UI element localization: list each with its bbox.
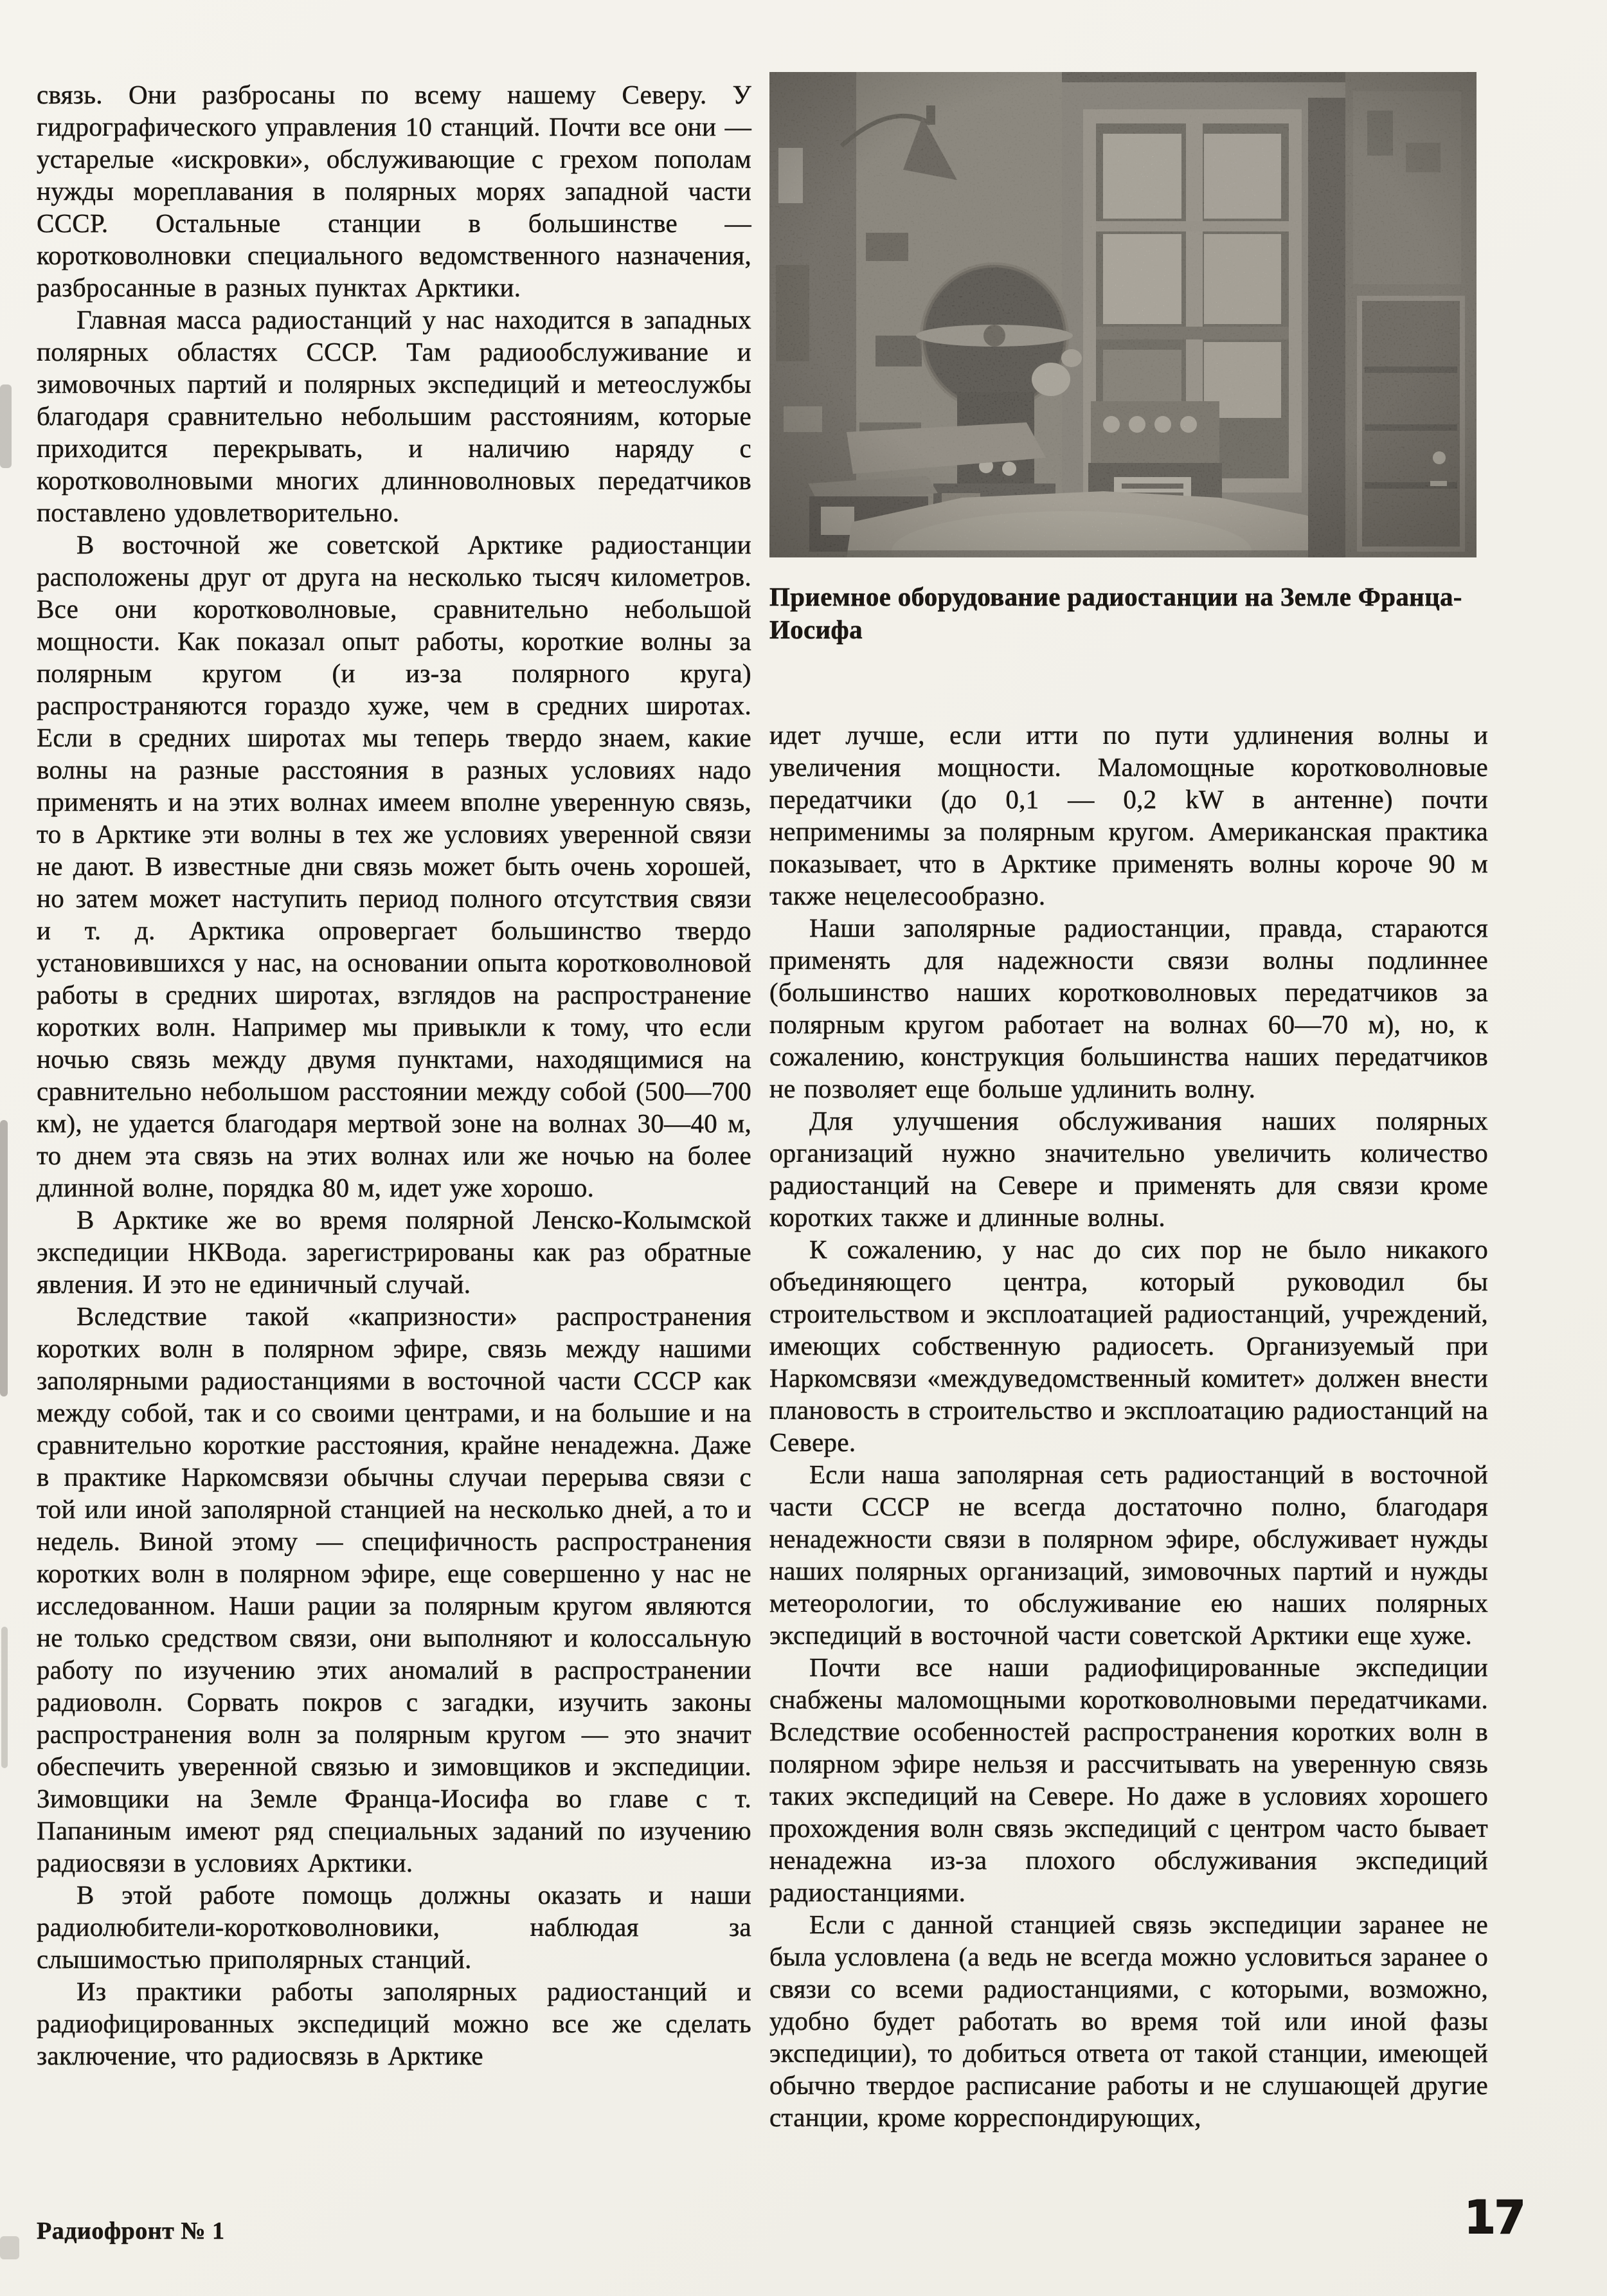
body-paragraph: Наши заполярные радиостанции, правда, ст… <box>769 912 1488 1105</box>
body-paragraph: Из практики работы заполярных радиостанц… <box>37 1975 751 2072</box>
body-paragraph: Если с данной станцией связь экспедиции … <box>769 1908 1488 2133</box>
body-paragraph: В Арктике же во время полярной Ленско-Ко… <box>37 1204 751 1300</box>
radio-room-photo <box>769 72 1477 557</box>
scan-artifact <box>0 2236 19 2259</box>
scan-artifact <box>0 384 12 468</box>
body-paragraph: Если наша заполярная сеть радиостанций в… <box>769 1458 1488 1651</box>
left-column: связь. Они разбросаны по всему нашему Се… <box>37 78 751 2072</box>
magazine-footer: Радиофронт № 1 <box>37 2217 225 2245</box>
body-paragraph: Почти все наши радиофицированные экспеди… <box>769 1651 1488 1908</box>
body-paragraph: Вследствие такой «капризности» распростр… <box>37 1300 751 1879</box>
body-paragraph: Главная масса радиостанций у нас находит… <box>37 303 751 529</box>
body-paragraph: идет лучше, если итти по пути удлинения … <box>769 719 1488 912</box>
body-paragraph: связь. Они разбросаны по всему нашему Се… <box>37 78 751 303</box>
body-paragraph: Для улучшения обслуживания наших полярны… <box>769 1105 1488 1233</box>
body-paragraph: К сожалению, у нас до сих пор не было ни… <box>769 1233 1488 1458</box>
page-number: 17 <box>1464 2191 1524 2244</box>
body-paragraph: В этой работе помощь должны оказать и на… <box>37 1879 751 1975</box>
body-paragraph: В восточной же советской Арктике радиост… <box>37 529 751 1204</box>
magazine-page: связь. Они разбросаны по всему нашему Се… <box>0 0 1607 2296</box>
photo-figure: Приемное оборудование радиостанции на Зе… <box>769 72 1477 646</box>
photo-caption: Приемное оборудование радиостанции на Зе… <box>769 581 1477 646</box>
scan-artifact <box>1 1627 8 1768</box>
right-column: идет лучше, если итти по пути удлинения … <box>769 719 1488 2133</box>
scan-artifact <box>0 1120 8 1397</box>
